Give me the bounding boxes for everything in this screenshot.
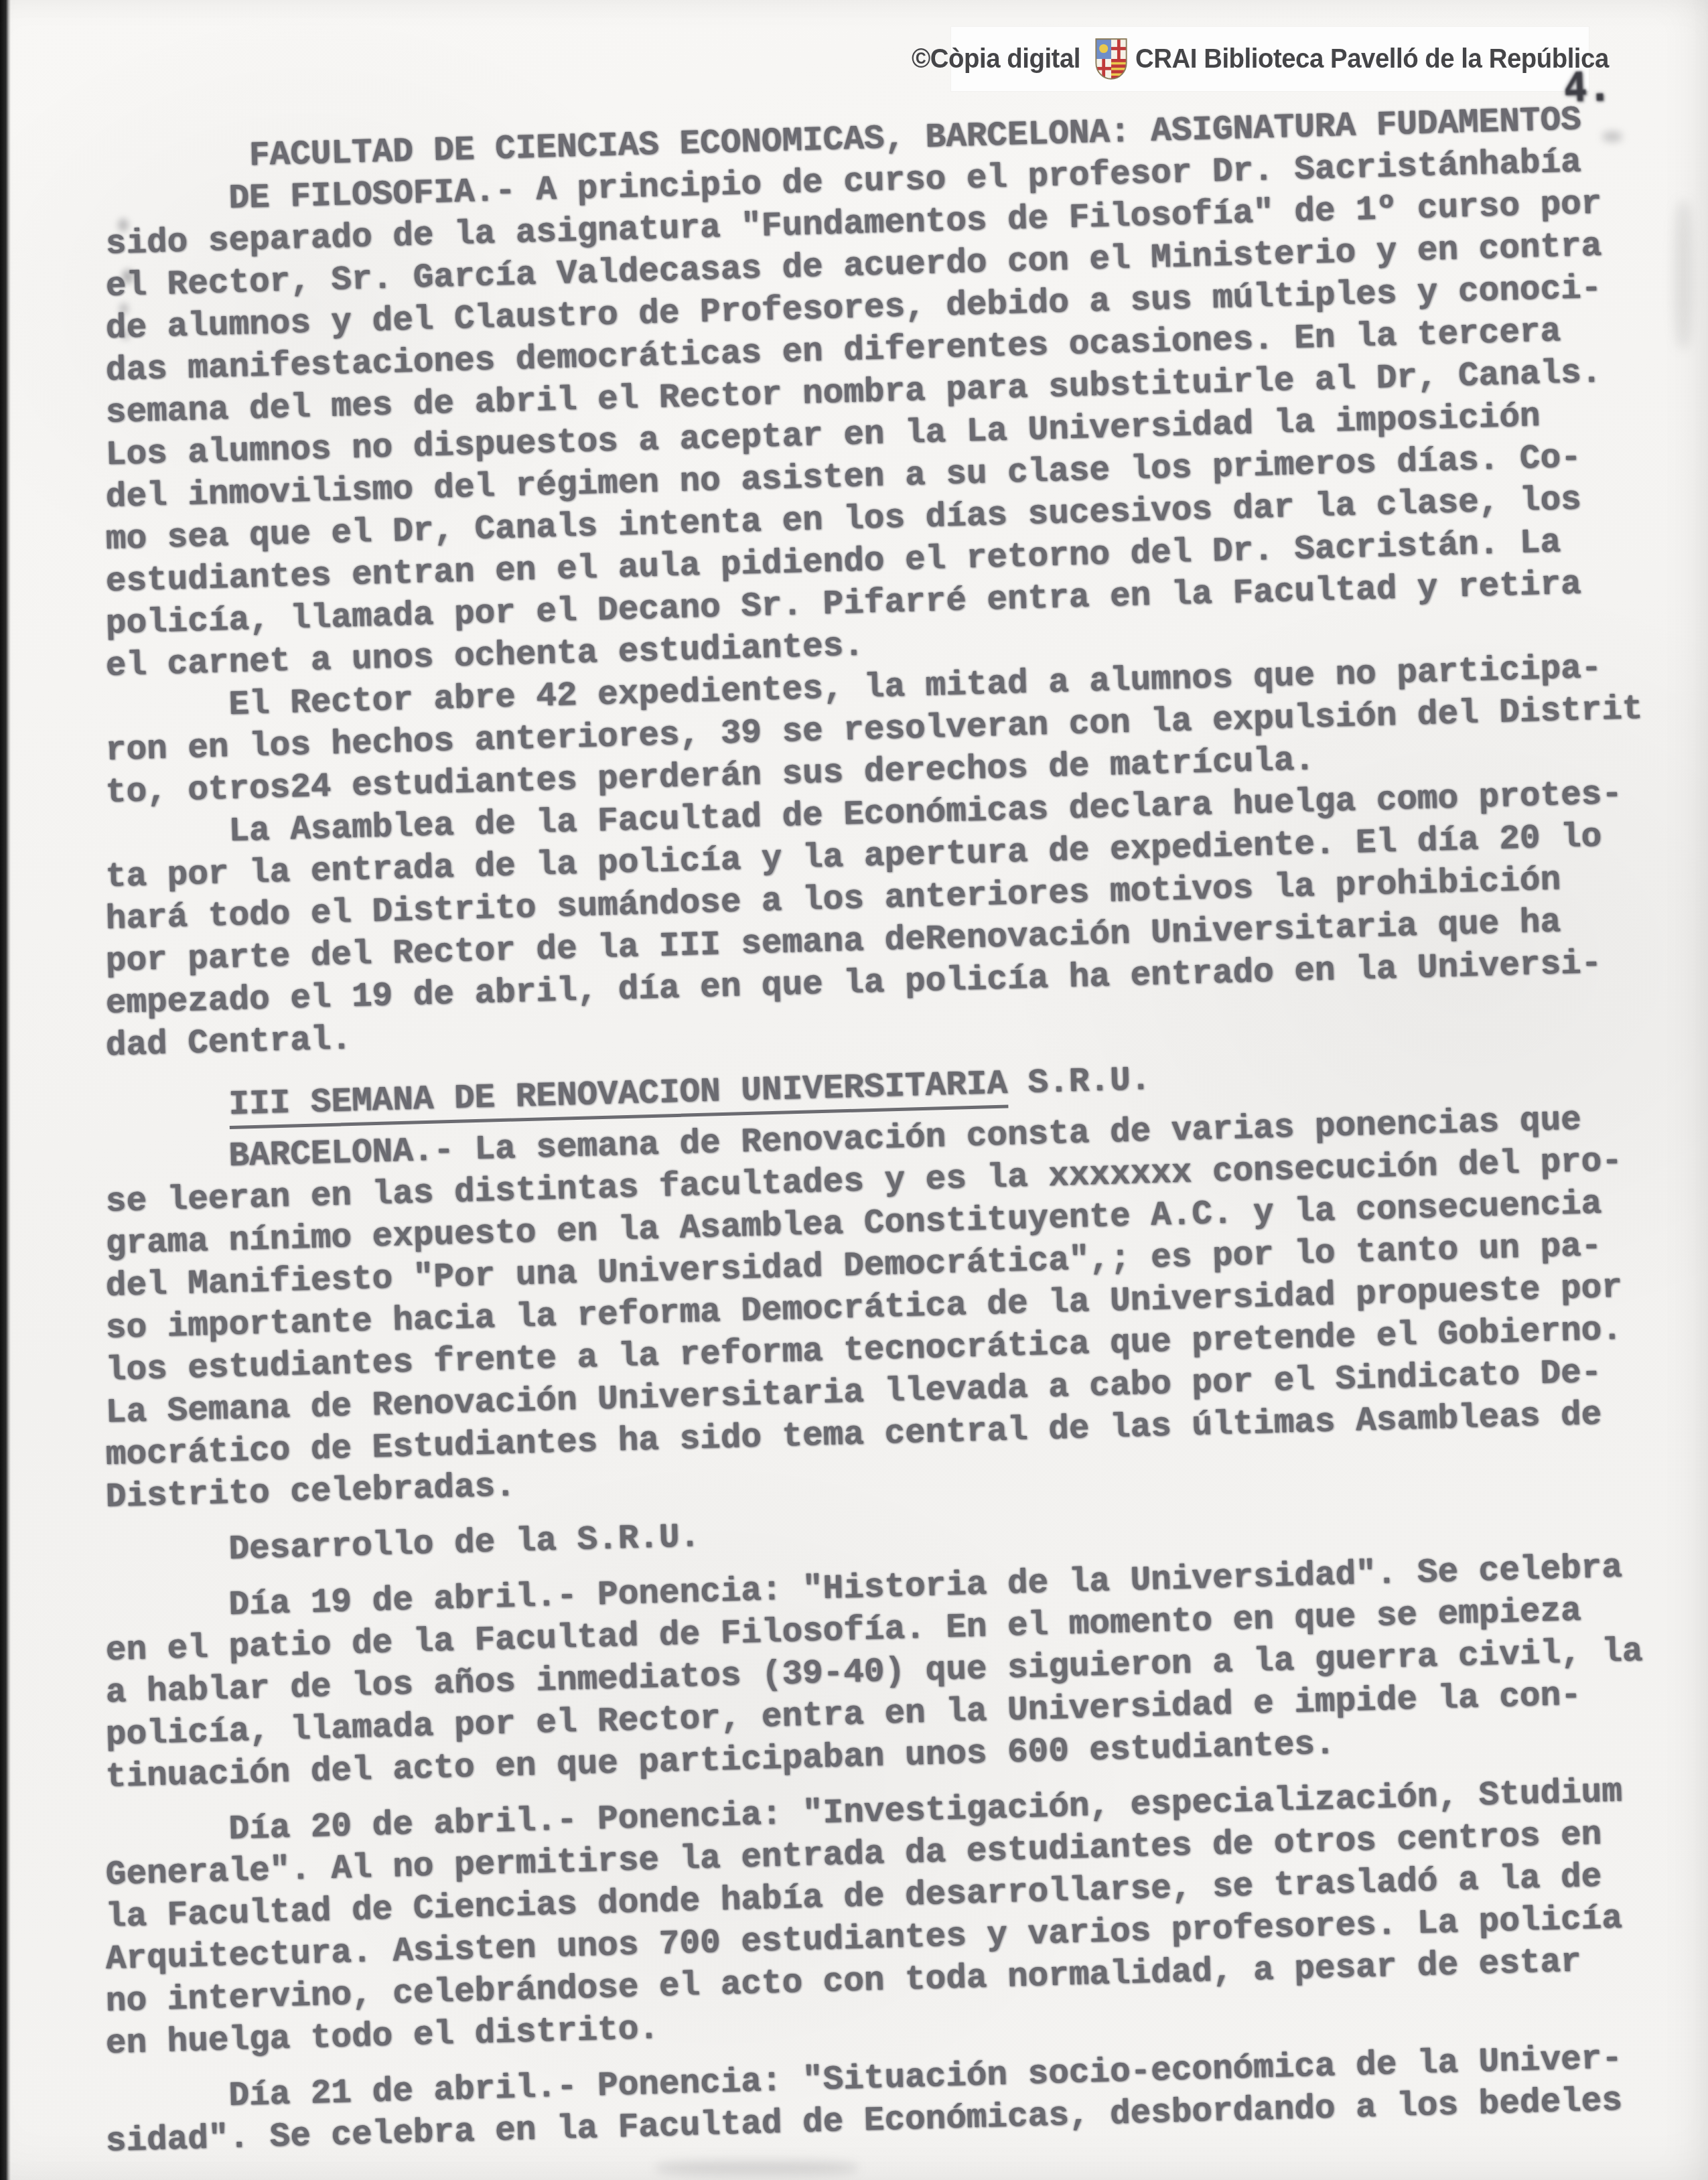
paragraph: Día 20 de abril.- Ponencia: "Investigaci…	[106, 1812, 1700, 2065]
document-body: FACULTAD DE CIENCIAS ECONOMICAS, BARCELO…	[106, 139, 1700, 2163]
paragraph: Día 21 de abril.- Ponencia: "Situación s…	[106, 2079, 1700, 2163]
heading-suffix: S.R.U.	[1007, 1062, 1151, 1104]
paragraph: La Asamblea de la Facultad de Económicas…	[106, 814, 1700, 1068]
paragraph: Día 19 de abril.- Ponencia: "Historia de…	[106, 1588, 1700, 1799]
paragraph: BARCELONA.- La semana de Renovación cons…	[106, 1139, 1700, 1519]
scanned-document-page: ©Còpia digital CRAI Biblioteca Pav	[0, 0, 1708, 2180]
watermark-institution-text: CRAI Biblioteca Pavelló de la República	[1135, 44, 1609, 74]
watermark-banner: ©Còpia digital CRAI Biblioteca Pav	[951, 27, 1589, 91]
university-crest-icon	[1095, 38, 1127, 80]
paragraph: FACULTAD DE CIENCIAS ECONOMICAS, BARCELO…	[106, 139, 1700, 688]
scan-left-edge-shadow	[0, 0, 11, 2180]
watermark-copyright-text: ©Còpia digital	[912, 44, 1080, 74]
